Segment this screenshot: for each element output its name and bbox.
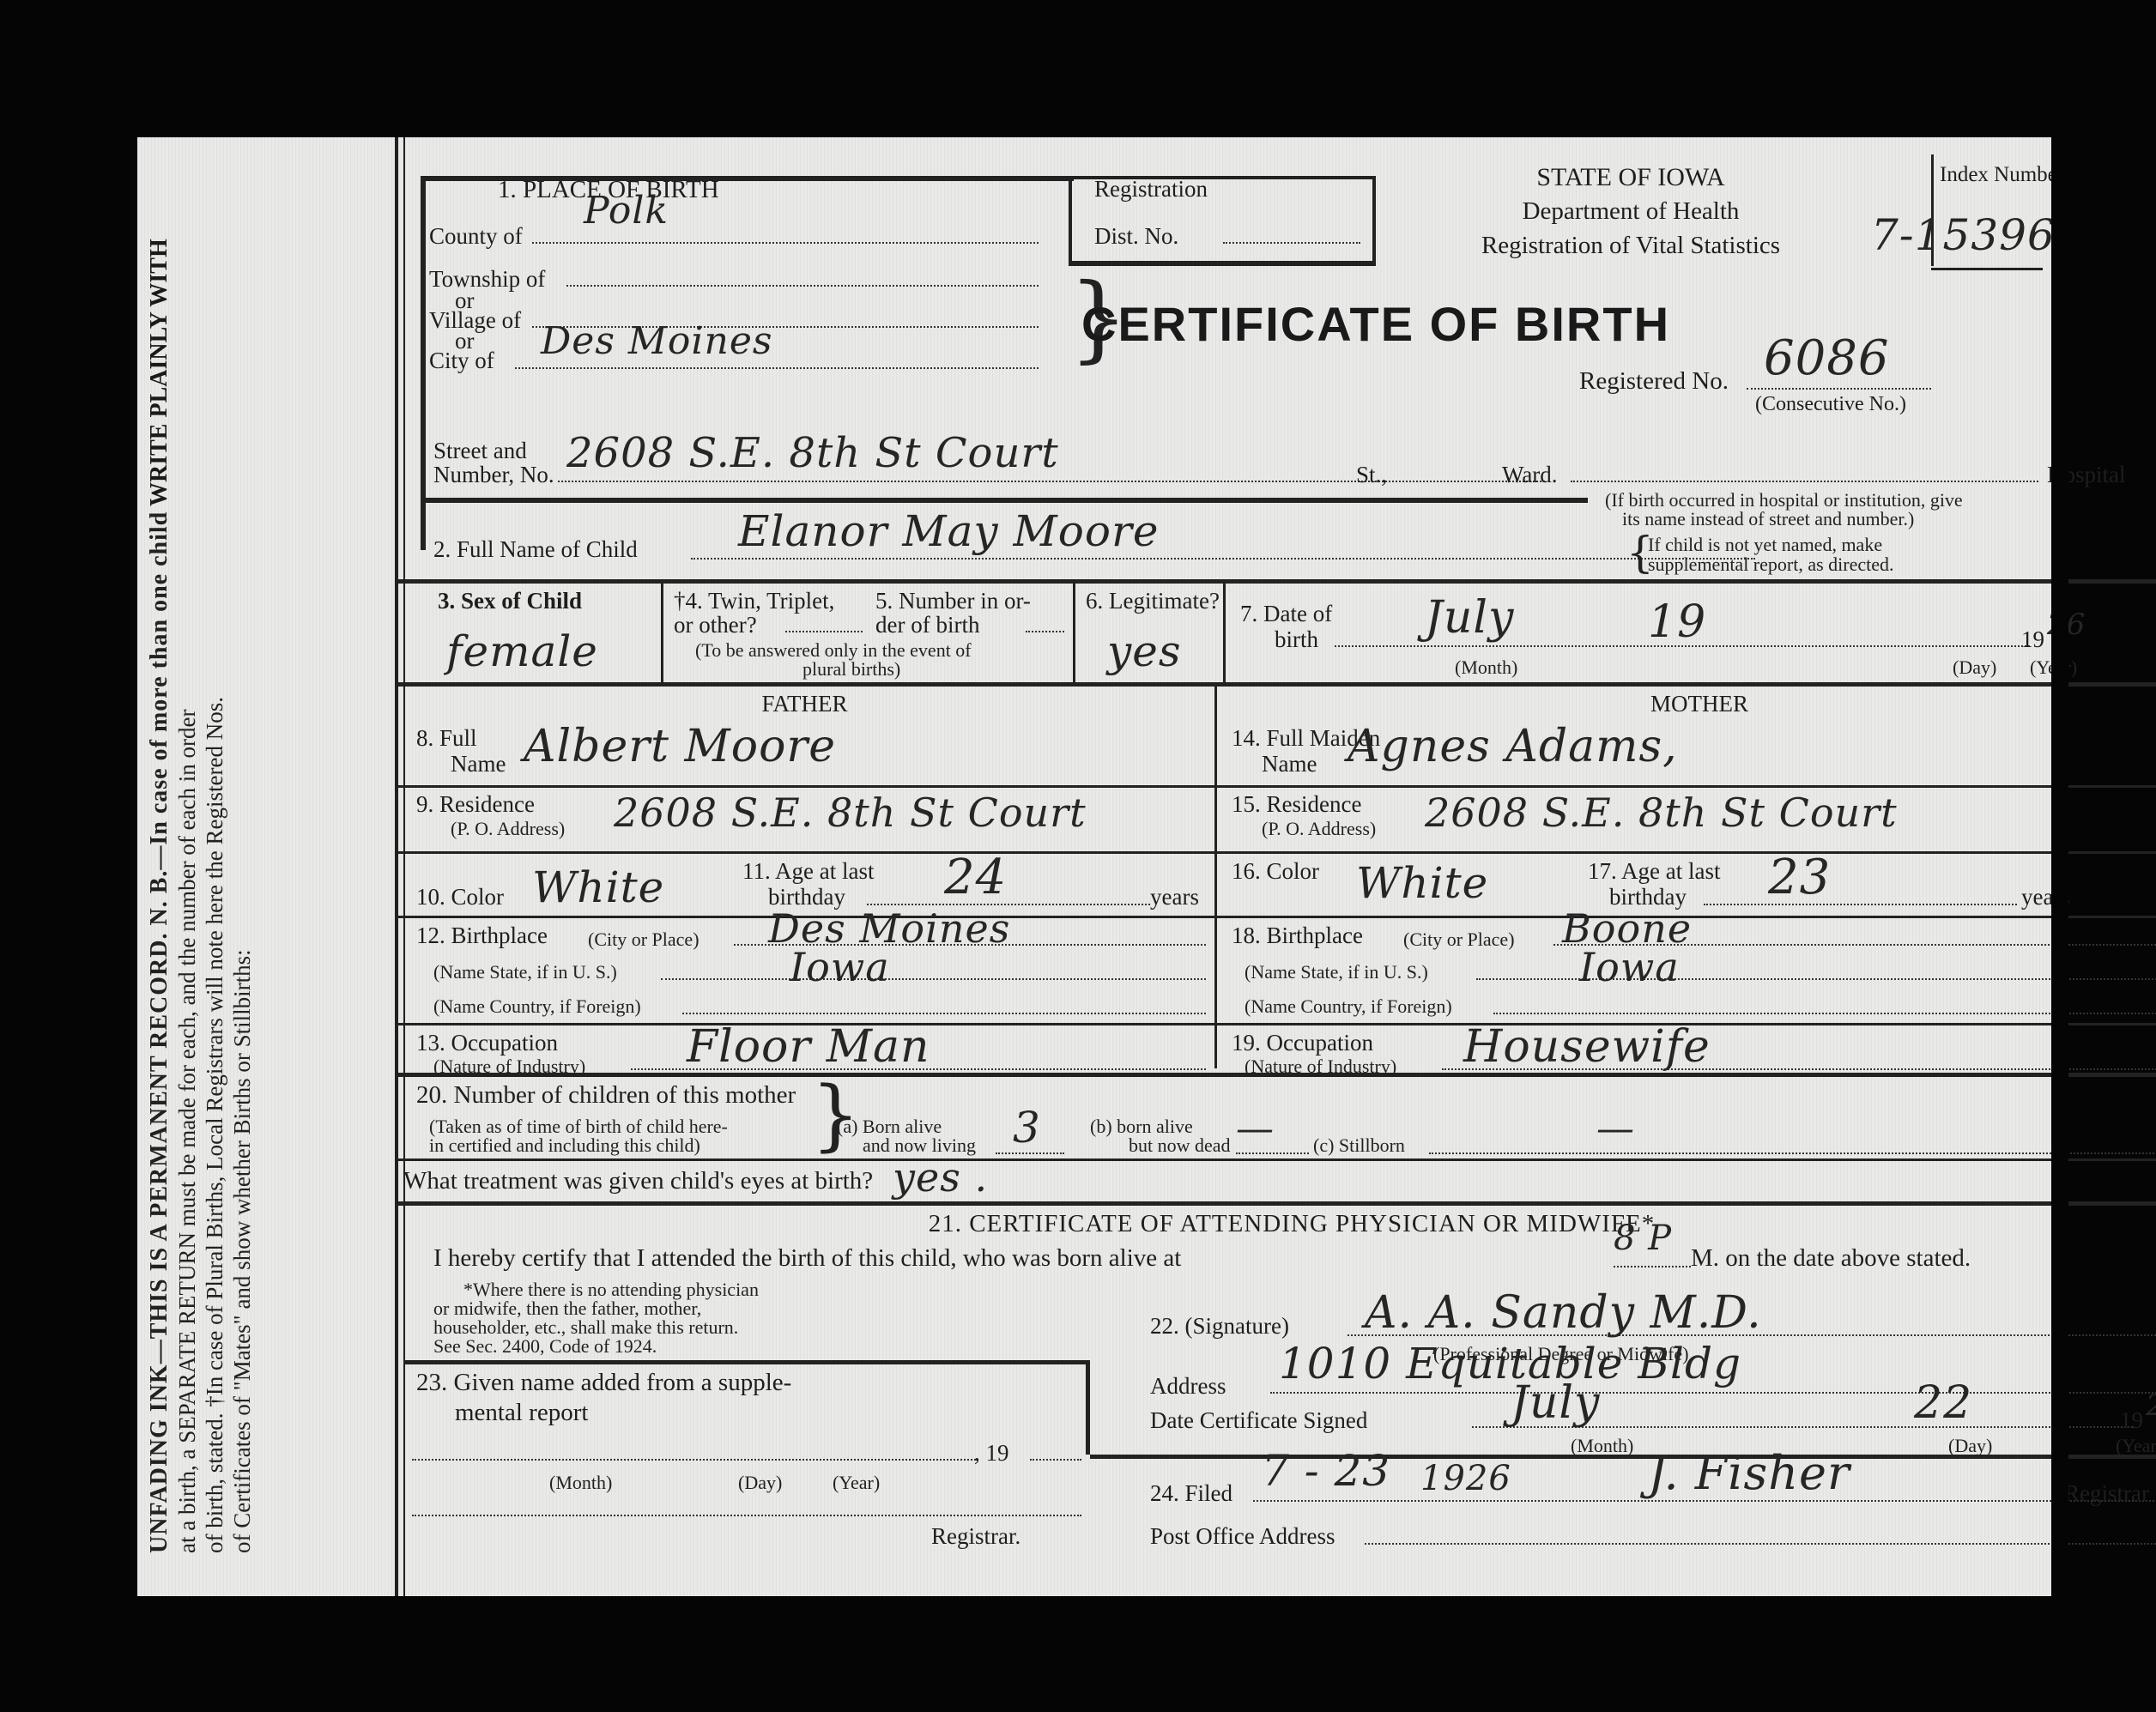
row-divider — [1217, 851, 2156, 854]
physician-note-4: See Sec. 2400, Code of 1924. — [433, 1335, 657, 1358]
legitimate-label: 6. Legitimate? — [1086, 588, 1220, 614]
village-label: Village of — [429, 307, 521, 334]
supplemental-label-2: mental report — [455, 1399, 588, 1427]
mother-bp-state-value[interactable]: Iowa — [1579, 944, 1680, 990]
registered-no-value[interactable]: 6086 — [1764, 330, 1890, 386]
filed-year[interactable]: 1926 — [1420, 1459, 1511, 1498]
margin-divider — [395, 137, 398, 1596]
county-line — [532, 242, 1039, 244]
st-label: St., — [1356, 462, 1387, 488]
mother-bp-label: 18. Birthplace — [1232, 923, 1363, 949]
birth-time-value[interactable]: 8 P — [1614, 1219, 1672, 1258]
registered-no-line — [1747, 388, 1931, 390]
index-number-label: Index Number — [1940, 163, 2064, 187]
physician-signature[interactable]: A. A. Sandy M.D. — [1365, 1287, 1762, 1339]
children-label: 20. Number of children of this mother — [416, 1081, 796, 1110]
father-years-label: years — [1150, 884, 1199, 910]
father-bp-state-line — [661, 978, 1206, 980]
city-line — [515, 367, 1039, 369]
children-note-2: in certified and including this child) — [429, 1134, 700, 1157]
street-value[interactable]: 2608 S.E. 8th St Court — [566, 429, 1059, 477]
date-signed-year[interactable]: 26 — [2146, 1388, 2156, 1423]
born-alive-dead-label-2: but now dead — [1129, 1134, 1231, 1157]
street-line — [558, 481, 1545, 482]
margin-line-4: of Certificates of "Mates" and show whet… — [228, 232, 256, 1553]
hospital-line[interactable] — [1571, 481, 2038, 482]
father-bp-country-line[interactable] — [682, 1013, 1206, 1014]
mother-occ-label-1: 19. Occupation — [1232, 1030, 1373, 1056]
dob-label-1: 7. Date of — [1240, 601, 1332, 627]
ward-label: Ward. — [1502, 462, 1558, 488]
index-number-value[interactable]: 7-15396 — [1871, 210, 2056, 260]
county-value[interactable]: Polk — [584, 189, 669, 233]
legitimate-value[interactable]: yes — [1107, 626, 1182, 676]
col-divider — [661, 584, 663, 682]
hospital-note-2: its name instead of street and number.) — [1622, 508, 1914, 530]
father-occ-value[interactable]: Floor Man — [687, 1021, 930, 1073]
mother-heading: MOTHER — [1219, 691, 2156, 717]
parents-divider — [1214, 687, 1217, 1068]
date-signed-label: Date Certificate Signed — [1150, 1407, 1367, 1434]
order-label-2: der of birth — [875, 612, 979, 638]
father-bp-label: 12. Birthplace — [416, 923, 548, 949]
county-label: County of — [429, 223, 523, 250]
mother-bp-country-label: (Name Country, if Foreign) — [1245, 995, 1452, 1018]
mother-bp-city-label: (City or Place) — [1403, 929, 1515, 951]
mother-name-label-2: Name — [1262, 751, 1317, 777]
registrar-signature[interactable]: J. Fisher — [1648, 1446, 1850, 1500]
eye-treatment-label: What treatment was given child's eyes at… — [403, 1167, 873, 1195]
district-no-label: Dist. No. — [1094, 223, 1178, 250]
mother-bp-state-label: (Name State, if in U. S.) — [1245, 961, 1428, 983]
physician-heading: 21. CERTIFICATE OF ATTENDING PHYSICIAN O… — [395, 1210, 2156, 1238]
father-res-value[interactable]: 2608 S.E. 8th St Court — [614, 789, 1087, 836]
twin-field[interactable] — [785, 631, 863, 632]
registered-no-label: Registered No. — [1579, 367, 1729, 396]
birth-certificate: UNFADING INK—THIS IS A PERMANENT RECORD.… — [137, 137, 2051, 1596]
mother-age-label-1: 17. Age at last — [1588, 858, 1720, 885]
supplemental-registrar-line[interactable] — [412, 1515, 1081, 1516]
row-divider — [1217, 785, 2156, 788]
mother-color-value[interactable]: White — [1356, 858, 1488, 908]
supplemental-month-caption: (Month) — [549, 1472, 612, 1494]
dob-day[interactable]: 19 — [1648, 596, 1706, 648]
date-signed-day[interactable]: 22 — [1914, 1377, 1972, 1429]
row-divider — [395, 1158, 2156, 1161]
birth-time-line — [1614, 1266, 1691, 1267]
child-name-value[interactable]: Elanor May Moore — [738, 506, 1159, 556]
section-divider — [395, 1073, 2156, 1077]
address-line — [1270, 1392, 2156, 1394]
township-line — [566, 285, 1039, 287]
mother-bp-country-line[interactable] — [1493, 1013, 2156, 1014]
dob-month[interactable]: July — [1425, 592, 1514, 644]
child-name-label: 2. Full Name of Child — [433, 536, 638, 563]
father-bp-city-label: (City or Place) — [588, 929, 699, 951]
place-box-bottom — [421, 498, 1588, 503]
city-label: City of — [429, 348, 494, 374]
father-heading: FATHER — [395, 691, 1214, 717]
father-res-label-2: (P. O. Address) — [451, 818, 565, 840]
filed-date[interactable]: 7 - 23 — [1262, 1446, 1390, 1496]
supplemental-year-line[interactable] — [1030, 1459, 1081, 1461]
date-signed-month[interactable]: July — [1511, 1377, 1600, 1429]
father-color-value[interactable]: White — [532, 862, 664, 912]
township-label: Township of — [429, 266, 545, 293]
section-divider — [395, 579, 2156, 584]
state-name: STATE OF IOWA — [1425, 163, 1837, 192]
mother-res-label-1: 15. Residence — [1232, 791, 1361, 818]
supplemental-label-1: 23. Given name added from a supple- — [416, 1369, 791, 1397]
certify-text-a: I hereby certify that I attended the bir… — [433, 1244, 1181, 1273]
father-occ-label-1: 13. Occupation — [416, 1030, 558, 1056]
registration-label: Registration — [1094, 176, 1208, 203]
father-bp-country-label: (Name Country, if Foreign) — [433, 995, 641, 1018]
order-label-1: 5. Number in or- — [875, 588, 1031, 614]
col-divider — [1223, 584, 1226, 682]
street-label-2: Number, No. — [433, 462, 554, 488]
sex-label: 3. Sex of Child — [438, 588, 582, 614]
mother-name-value[interactable]: Agnes Adams, — [1347, 721, 1678, 772]
supp-box-top — [403, 1360, 1086, 1364]
section-divider — [395, 1201, 2156, 1206]
child-name-line — [691, 558, 1755, 560]
mother-res-value[interactable]: 2608 S.E. 8th St Court — [1425, 789, 1898, 836]
supplemental-year-caption: (Year) — [833, 1472, 880, 1494]
post-office-label: Post Office Address — [1150, 1523, 1335, 1550]
father-name-label-1: 8. Full — [416, 725, 477, 752]
date-signed-year-prefix: 19 — [2120, 1407, 2143, 1434]
margin-line-3: of birth, stated. †In case of Plural Bir… — [201, 232, 228, 1553]
index-underline — [1931, 268, 2043, 270]
eye-treatment-value[interactable]: yes . — [893, 1154, 988, 1201]
mother-res-label-2: (P. O. Address) — [1262, 818, 1376, 840]
certify-text-b: M. on the date above stated. — [1691, 1244, 1971, 1273]
mother-occ-value[interactable]: Housewife — [1463, 1021, 1711, 1073]
mother-age-value[interactable]: 23 — [1768, 850, 1831, 905]
father-bp-state-label: (Name State, if in U. S.) — [433, 961, 617, 983]
born-alive-dead-line — [1236, 1152, 1309, 1154]
dob-year-prefix: 19 — [2021, 626, 2044, 653]
month-caption: (Month) — [1455, 656, 1517, 679]
registration-subtitle: Registration of Vital Statistics — [1390, 232, 1871, 260]
filed-label: 24. Filed — [1150, 1480, 1232, 1507]
consecutive-no-label: (Consecutive No.) — [1755, 393, 1906, 416]
document-title: CERTIFICATE OF BIRTH — [1081, 296, 1670, 352]
margin-line-2: at a birth, a SEPARATE RETURN must be ma… — [173, 232, 201, 1553]
signature-label: 22. (Signature) — [1150, 1313, 1289, 1340]
margin-divider-inner — [403, 137, 405, 1596]
section-divider — [395, 682, 2156, 687]
street-label-1: Street and — [433, 438, 527, 464]
born-alive-living-value[interactable]: 3 — [1013, 1103, 1041, 1152]
twin-label-1: †4. Twin, Triplet, — [674, 588, 834, 614]
mother-age-line — [1704, 904, 2017, 905]
registrar-label: Registrar — [2064, 1480, 2149, 1507]
row-divider — [395, 785, 1214, 788]
margin-header: WRITE PLAINLY WITH — [146, 239, 173, 506]
dob-year[interactable]: 26 — [2047, 608, 2086, 642]
order-field[interactable] — [1026, 631, 1064, 632]
born-alive-living-line — [996, 1152, 1064, 1154]
post-office-line[interactable] — [1365, 1543, 2156, 1545]
father-name-label-2: Name — [451, 751, 506, 777]
father-bp-state-value[interactable]: Iowa — [790, 944, 890, 990]
mother-color-label: 16. Color — [1232, 858, 1319, 885]
district-no-field[interactable] — [1223, 242, 1360, 244]
unnamed-note-2: supplemental report, as directed. — [1648, 554, 1894, 576]
hospital-label: Hospital — [2047, 462, 2126, 488]
filing-divider — [1090, 1455, 2156, 1459]
father-age-value[interactable]: 24 — [944, 850, 1007, 905]
dob-label-2: birth — [1275, 626, 1318, 653]
stillborn-line — [1429, 1152, 2156, 1154]
sex-value[interactable]: female — [446, 626, 598, 676]
address-label: Address — [1150, 1373, 1226, 1400]
supplemental-registrar-label: Registrar. — [931, 1523, 1020, 1550]
department-name: Department of Health — [1425, 197, 1837, 226]
father-age-label-1: 11. Age at last — [742, 858, 874, 885]
col-divider — [1073, 584, 1075, 682]
stillborn-label: (c) Stillborn — [1313, 1134, 1405, 1157]
twin-label-2: or other? — [674, 612, 757, 638]
mother-bp-state-line — [1476, 978, 2156, 980]
day-caption: (Day) — [1953, 656, 1996, 679]
row-divider — [395, 851, 1214, 854]
supplemental-date-line[interactable] — [412, 1459, 978, 1461]
filed-line — [1253, 1500, 2154, 1502]
born-alive-dead-value[interactable]: — — [1236, 1107, 1275, 1151]
stillborn-value[interactable]: — — [1596, 1107, 1635, 1151]
supplemental-year-prefix: , 19 — [974, 1440, 1009, 1467]
father-res-label-1: 9. Residence — [416, 791, 535, 818]
supp-box-right — [1086, 1360, 1090, 1455]
city-value[interactable]: Des Moines — [541, 319, 772, 363]
father-name-value[interactable]: Albert Moore — [524, 721, 836, 772]
mother-years-label: years — [2021, 884, 2070, 910]
year-caption: (Year) — [2030, 656, 2077, 679]
supplemental-day-caption: (Day) — [738, 1472, 782, 1494]
father-color-label: 10. Color — [416, 884, 504, 910]
plural-note-2: plural births) — [802, 658, 900, 681]
